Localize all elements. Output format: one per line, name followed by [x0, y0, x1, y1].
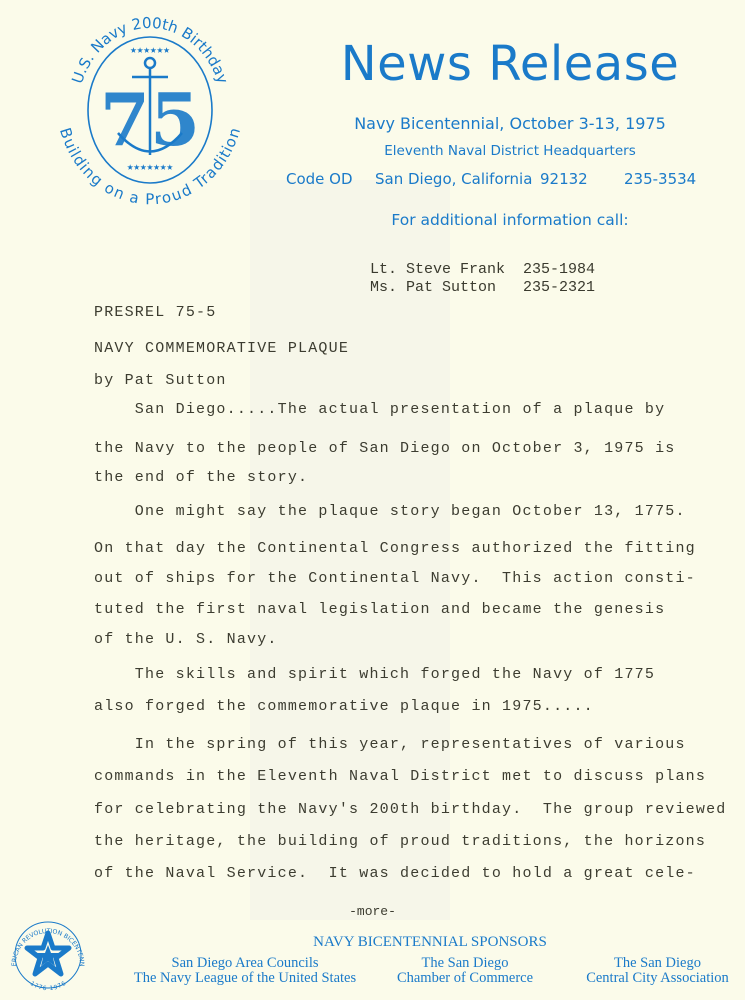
footer-emblem-years: 1776-1976 [29, 980, 67, 992]
sponsor-line: Chamber of Commerce [385, 971, 545, 986]
contact-phone: 235-1984 [523, 261, 595, 278]
emblem-75: 75 [100, 77, 200, 162]
body-line: for celebrating the Navy's 200th birthda… [94, 801, 727, 818]
release-number: PRESREL 75-5 [94, 304, 216, 321]
stars-top-icon: ★★★★★★ [130, 45, 170, 57]
stars-bottom-icon: ★★★★★★★ [127, 162, 174, 174]
body-line: On that day the Continental Congress aut… [94, 540, 696, 557]
body-line: of the Naval Service. It was decided to … [94, 865, 696, 882]
body-line: the Navy to the people of San Diego on O… [94, 440, 675, 457]
release-headline: NAVY COMMEMORATIVE PLAQUE [94, 340, 349, 357]
continuation-marker: -more- [0, 904, 745, 919]
body-line: The skills and spirit which forged the N… [94, 666, 655, 683]
sponsors-title: NAVY BICENTENNIAL SPONSORS [240, 934, 620, 951]
american-revolution-bicentennial-emblem: AMERICAN REVOLUTION BICENTENNIAL 1776-19… [8, 913, 88, 993]
sponsor-line: The San Diego [570, 956, 745, 971]
office-phone: 235-3534 [624, 170, 696, 188]
sponsor-line: Central City Association [570, 971, 745, 986]
body-line: out of ships for the Continental Navy. T… [94, 570, 696, 587]
body-line: San Diego.....The actual presentation of… [94, 401, 665, 418]
event-subtitle: Navy Bicentennial, October 3-13, 1975 [300, 114, 720, 133]
contact-label: For additional information call: [300, 211, 720, 229]
contact-row: Ms. Pat Sutton 235-2321 [370, 279, 595, 296]
sponsor: San Diego Area Councils The Navy League … [130, 956, 360, 986]
office-code: Code OD [286, 170, 353, 188]
contact-name: Ms. Pat Sutton [370, 279, 496, 296]
navy-200th-birthday-emblem: U.S. Navy 200th Birthday Building on a P… [40, 5, 260, 205]
contact-row: Lt. Steve Frank 235-1984 [370, 261, 595, 278]
sponsor-line: The San Diego [385, 956, 545, 971]
body-line: the end of the story. [94, 469, 308, 486]
bicentennial-star-icon [27, 933, 69, 974]
body-line: commands in the Eleventh Naval District … [94, 768, 706, 785]
office-zip: 92132 [540, 170, 588, 188]
sponsor-line: San Diego Area Councils [130, 956, 360, 971]
contact-phone: 235-2321 [523, 279, 595, 296]
sponsor-line: The Navy League of the United States [130, 971, 360, 986]
page-title: News Release [300, 40, 720, 88]
body-line: One might say the plaque story began Oct… [94, 503, 686, 520]
contact-name: Lt. Steve Frank [370, 261, 505, 278]
body-line: the heritage, the building of proud trad… [94, 833, 706, 850]
body-line: tuted the first naval legislation and be… [94, 601, 665, 618]
body-line: of the U. S. Navy. [94, 631, 278, 648]
district-name: Eleventh Naval District Headquarters [300, 143, 720, 159]
svg-text:1776-1976: 1776-1976 [29, 980, 67, 992]
sponsor: The San Diego Chamber of Commerce [385, 956, 545, 986]
body-line: also forged the commemorative plaque in … [94, 698, 594, 715]
body-line: In the spring of this year, representati… [94, 736, 686, 753]
sponsor: The San Diego Central City Association [570, 956, 745, 986]
office-city: San Diego, California [375, 170, 532, 188]
byline: by Pat Sutton [94, 372, 227, 389]
